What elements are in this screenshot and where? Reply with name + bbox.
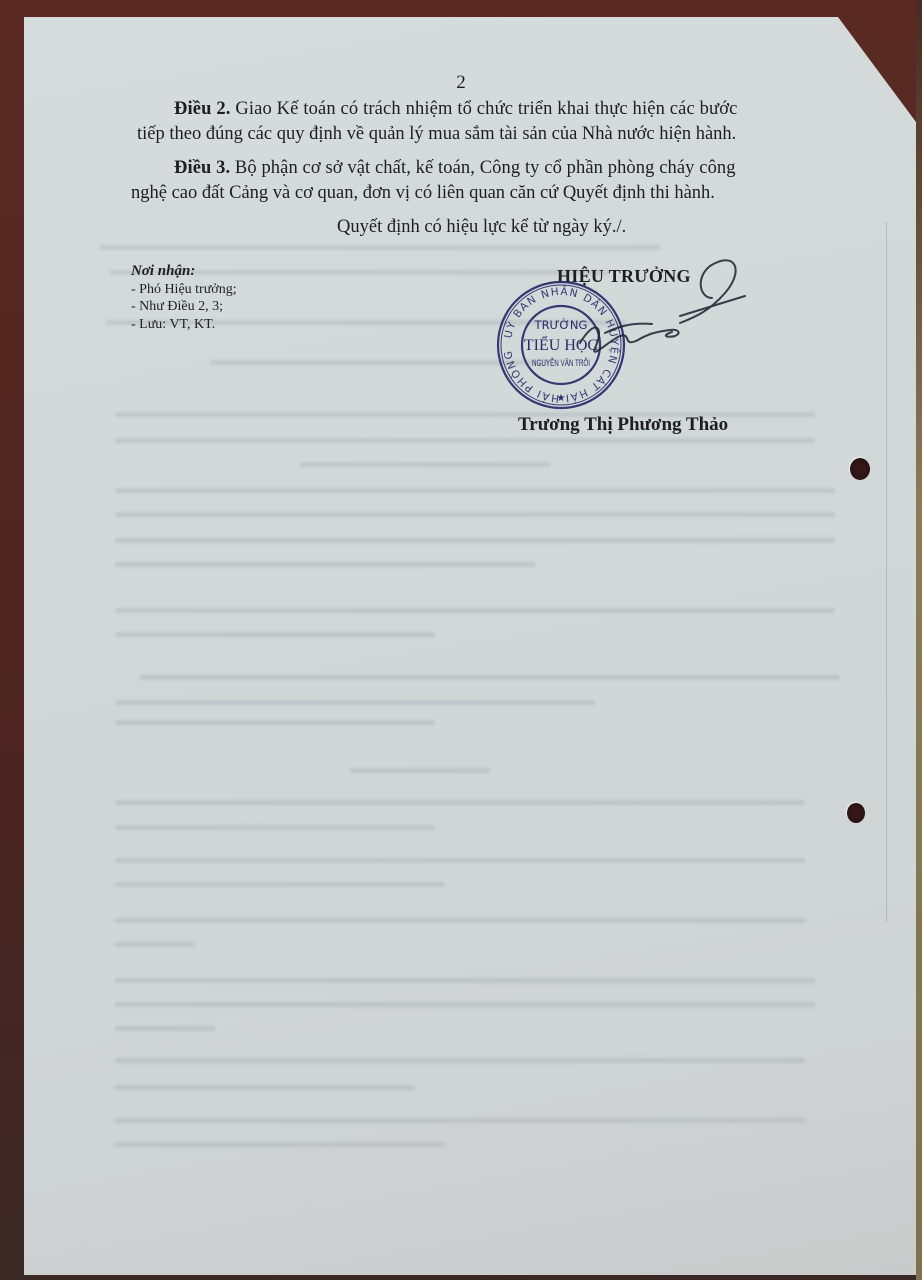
recipient-item: - Lưu: VT, KT.	[131, 316, 237, 334]
signer-name: Trương Thị Phương Thảo	[518, 414, 728, 436]
article-3-line-1: Điều 3. Bộ phận cơ sở vật chất, kế toán,…	[174, 156, 736, 181]
photo-scene: 2 Điều 2. Giao Kế toán có trách nhiệm tổ…	[0, 0, 922, 1280]
article-3-line-2: nghệ cao đất Cảng và cơ quan, đơn vị có …	[131, 181, 715, 206]
article-2-label: Điều 2.	[174, 99, 231, 119]
recipients-title: Nơi nhận:	[131, 263, 237, 281]
recipients-block: Nơi nhận: - Phó Hiệu trưởng; - Như Điều …	[131, 263, 237, 333]
page-number: 2	[0, 72, 922, 94]
article-3-label: Điều 3.	[174, 158, 230, 178]
svg-text:★: ★	[557, 393, 566, 404]
article-2-line-1: Điều 2. Giao Kế toán có trách nhiệm tổ c…	[174, 97, 738, 122]
recipient-item: - Phó Hiệu trưởng;	[131, 281, 237, 299]
document-content: 2 Điều 2. Giao Kế toán có trách nhiệm tổ…	[0, 0, 922, 1280]
article-2-line-2: tiếp theo đúng các quy định về quản lý m…	[137, 122, 736, 147]
effective-clause: Quyết định có hiệu lực kể từ ngày ký./.	[337, 215, 626, 240]
handwritten-signature-icon	[560, 248, 760, 378]
recipient-item: - Như Điều 2, 3;	[131, 298, 237, 316]
